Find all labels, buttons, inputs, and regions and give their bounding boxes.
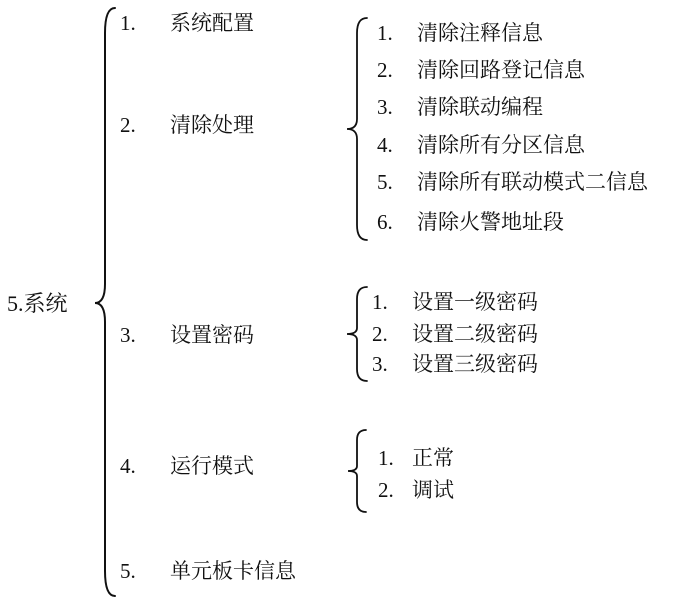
item-number: 2. — [120, 114, 170, 136]
item-label: 设置二级密码 — [412, 323, 538, 345]
menu-tree-diagram: 5.系统 1. 系统配置 2. 清除处理 3. 设置密码 4. 运行模式 5. … — [0, 0, 677, 600]
item-label: 正常 — [412, 447, 454, 469]
item-number: 6. — [377, 211, 417, 233]
submenu-item-clear-all-partition-info: 4. 清除所有分区信息 — [377, 134, 585, 156]
submenu-item-normal: 1. 正常 — [378, 447, 454, 469]
submenu-item-clear-annotation-info: 1. 清除注释信息 — [377, 22, 543, 44]
set-password-brace-icon — [347, 286, 369, 382]
run-mode-brace-icon — [348, 429, 368, 514]
menu-item-run-mode: 4. 运行模式 — [120, 455, 254, 477]
submenu-item-set-level3-password: 3. 设置三级密码 — [372, 353, 538, 375]
item-label: 调试 — [412, 479, 454, 501]
item-number: 5. — [377, 171, 417, 193]
item-label: 清除回路登记信息 — [417, 59, 585, 81]
item-number: 2. — [378, 479, 412, 501]
item-label: 设置密码 — [170, 324, 254, 346]
item-number: 1. — [378, 447, 412, 469]
item-label: 运行模式 — [170, 455, 254, 477]
item-number: 4. — [377, 134, 417, 156]
item-number: 1. — [377, 22, 417, 44]
submenu-item-debug: 2. 调试 — [378, 479, 454, 501]
submenu-item-clear-loop-registration-info: 2. 清除回路登记信息 — [377, 59, 585, 81]
item-label: 清除注释信息 — [417, 22, 543, 44]
item-number: 1. — [372, 291, 412, 313]
menu-item-clear-processing: 2. 清除处理 — [120, 114, 254, 136]
main-menu-brace-icon — [95, 7, 117, 599]
submenu-item-set-level2-password: 2. 设置二级密码 — [372, 323, 538, 345]
item-label: 系统配置 — [170, 12, 254, 34]
item-number: 2. — [372, 323, 412, 345]
item-label: 清除所有分区信息 — [417, 134, 585, 156]
item-label: 清除所有联动模式二信息 — [417, 171, 648, 193]
item-number: 2. — [377, 59, 417, 81]
submenu-item-clear-fire-alarm-address-segment: 6. 清除火警地址段 — [377, 211, 564, 233]
item-label: 清除处理 — [170, 114, 254, 136]
item-label: 清除火警地址段 — [417, 211, 564, 233]
item-number: 3. — [372, 353, 412, 375]
root-node-label: 5.系统 — [7, 292, 68, 316]
item-label: 清除联动编程 — [417, 96, 543, 118]
item-number: 3. — [120, 324, 170, 346]
item-number: 4. — [120, 455, 170, 477]
clear-processing-brace-icon — [347, 17, 369, 242]
submenu-item-set-level1-password: 1. 设置一级密码 — [372, 291, 538, 313]
item-label: 设置三级密码 — [412, 353, 538, 375]
item-number: 1. — [120, 12, 170, 34]
item-label: 设置一级密码 — [412, 291, 538, 313]
submenu-item-clear-linkage-programming: 3. 清除联动编程 — [377, 96, 543, 118]
menu-item-unit-board-info: 5. 单元板卡信息 — [120, 560, 296, 582]
item-number: 3. — [377, 96, 417, 118]
menu-item-system-config: 1. 系统配置 — [120, 12, 254, 34]
submenu-item-clear-all-linkage-mode2-info: 5. 清除所有联动模式二信息 — [377, 171, 648, 193]
menu-item-set-password: 3. 设置密码 — [120, 324, 254, 346]
item-label: 单元板卡信息 — [170, 560, 296, 582]
item-number: 5. — [120, 560, 170, 582]
